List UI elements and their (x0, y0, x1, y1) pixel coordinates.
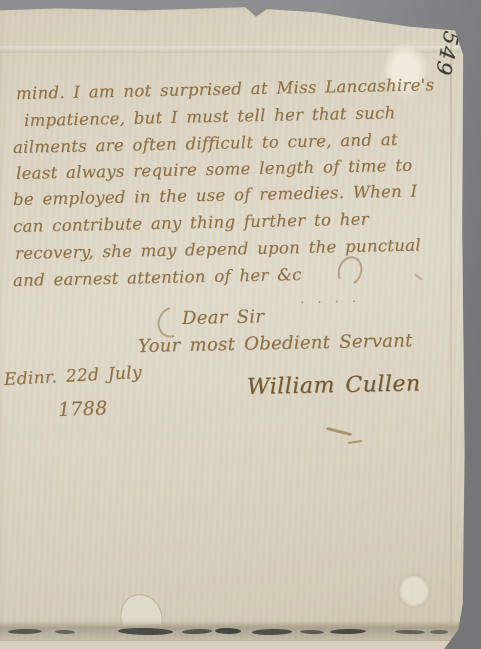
ink-smudge (326, 427, 352, 436)
torn-edge-mark (8, 629, 42, 635)
salutation: Dear Sir (182, 306, 265, 329)
letter-scan: mind. I am not surprised at Miss Lancash… (0, 0, 481, 649)
letter-body-line: impatience, but I must tell her that suc… (24, 103, 396, 130)
torn-edge-mark (215, 628, 241, 634)
ink-flourish (334, 253, 366, 289)
torn-edge-mark (252, 629, 292, 636)
vertical-fold-crease (450, 32, 452, 622)
valediction: Your most Obedient Servant (138, 330, 413, 357)
letter-body-line: least always require some length of time… (16, 156, 413, 183)
letter-body-line: recovery, she may depend upon the punctu… (15, 236, 421, 263)
paper-stain (392, 568, 436, 614)
torn-edge-mark (182, 628, 212, 634)
letter-body-line: be employed in the use of remedies. When… (13, 182, 418, 209)
torn-edge-mark (330, 629, 366, 635)
torn-edge-mark (300, 630, 324, 635)
letter-body-line: ailments are often difficult to cure, an… (13, 130, 398, 157)
archive-number: 549 (431, 29, 464, 79)
torn-edge-mark (118, 628, 173, 636)
torn-bottom-edge (0, 620, 481, 642)
dateline-place: Edinr. 22d July (3, 363, 142, 390)
torn-edge-mark (55, 630, 75, 635)
letter-body-line: and earnest attention of her &c (13, 265, 302, 290)
torn-edge-mark (430, 630, 448, 634)
letter-paper-sheet: mind. I am not surprised at Miss Lancash… (0, 0, 481, 649)
ink-smudge (414, 273, 422, 280)
underlying-page-edge (0, 640, 481, 649)
signature-william-cullen: William Cullen (247, 371, 421, 400)
letter-body-line: can contribute any thing further to her (13, 210, 369, 236)
torn-edge-mark (395, 630, 425, 635)
letter-body-line: mind. I am not surprised at Miss Lancash… (16, 75, 435, 103)
ink-smudge (348, 440, 362, 444)
dateline-year: 1788 (58, 397, 108, 421)
trailing-ink-dots: . . . . (300, 291, 359, 307)
